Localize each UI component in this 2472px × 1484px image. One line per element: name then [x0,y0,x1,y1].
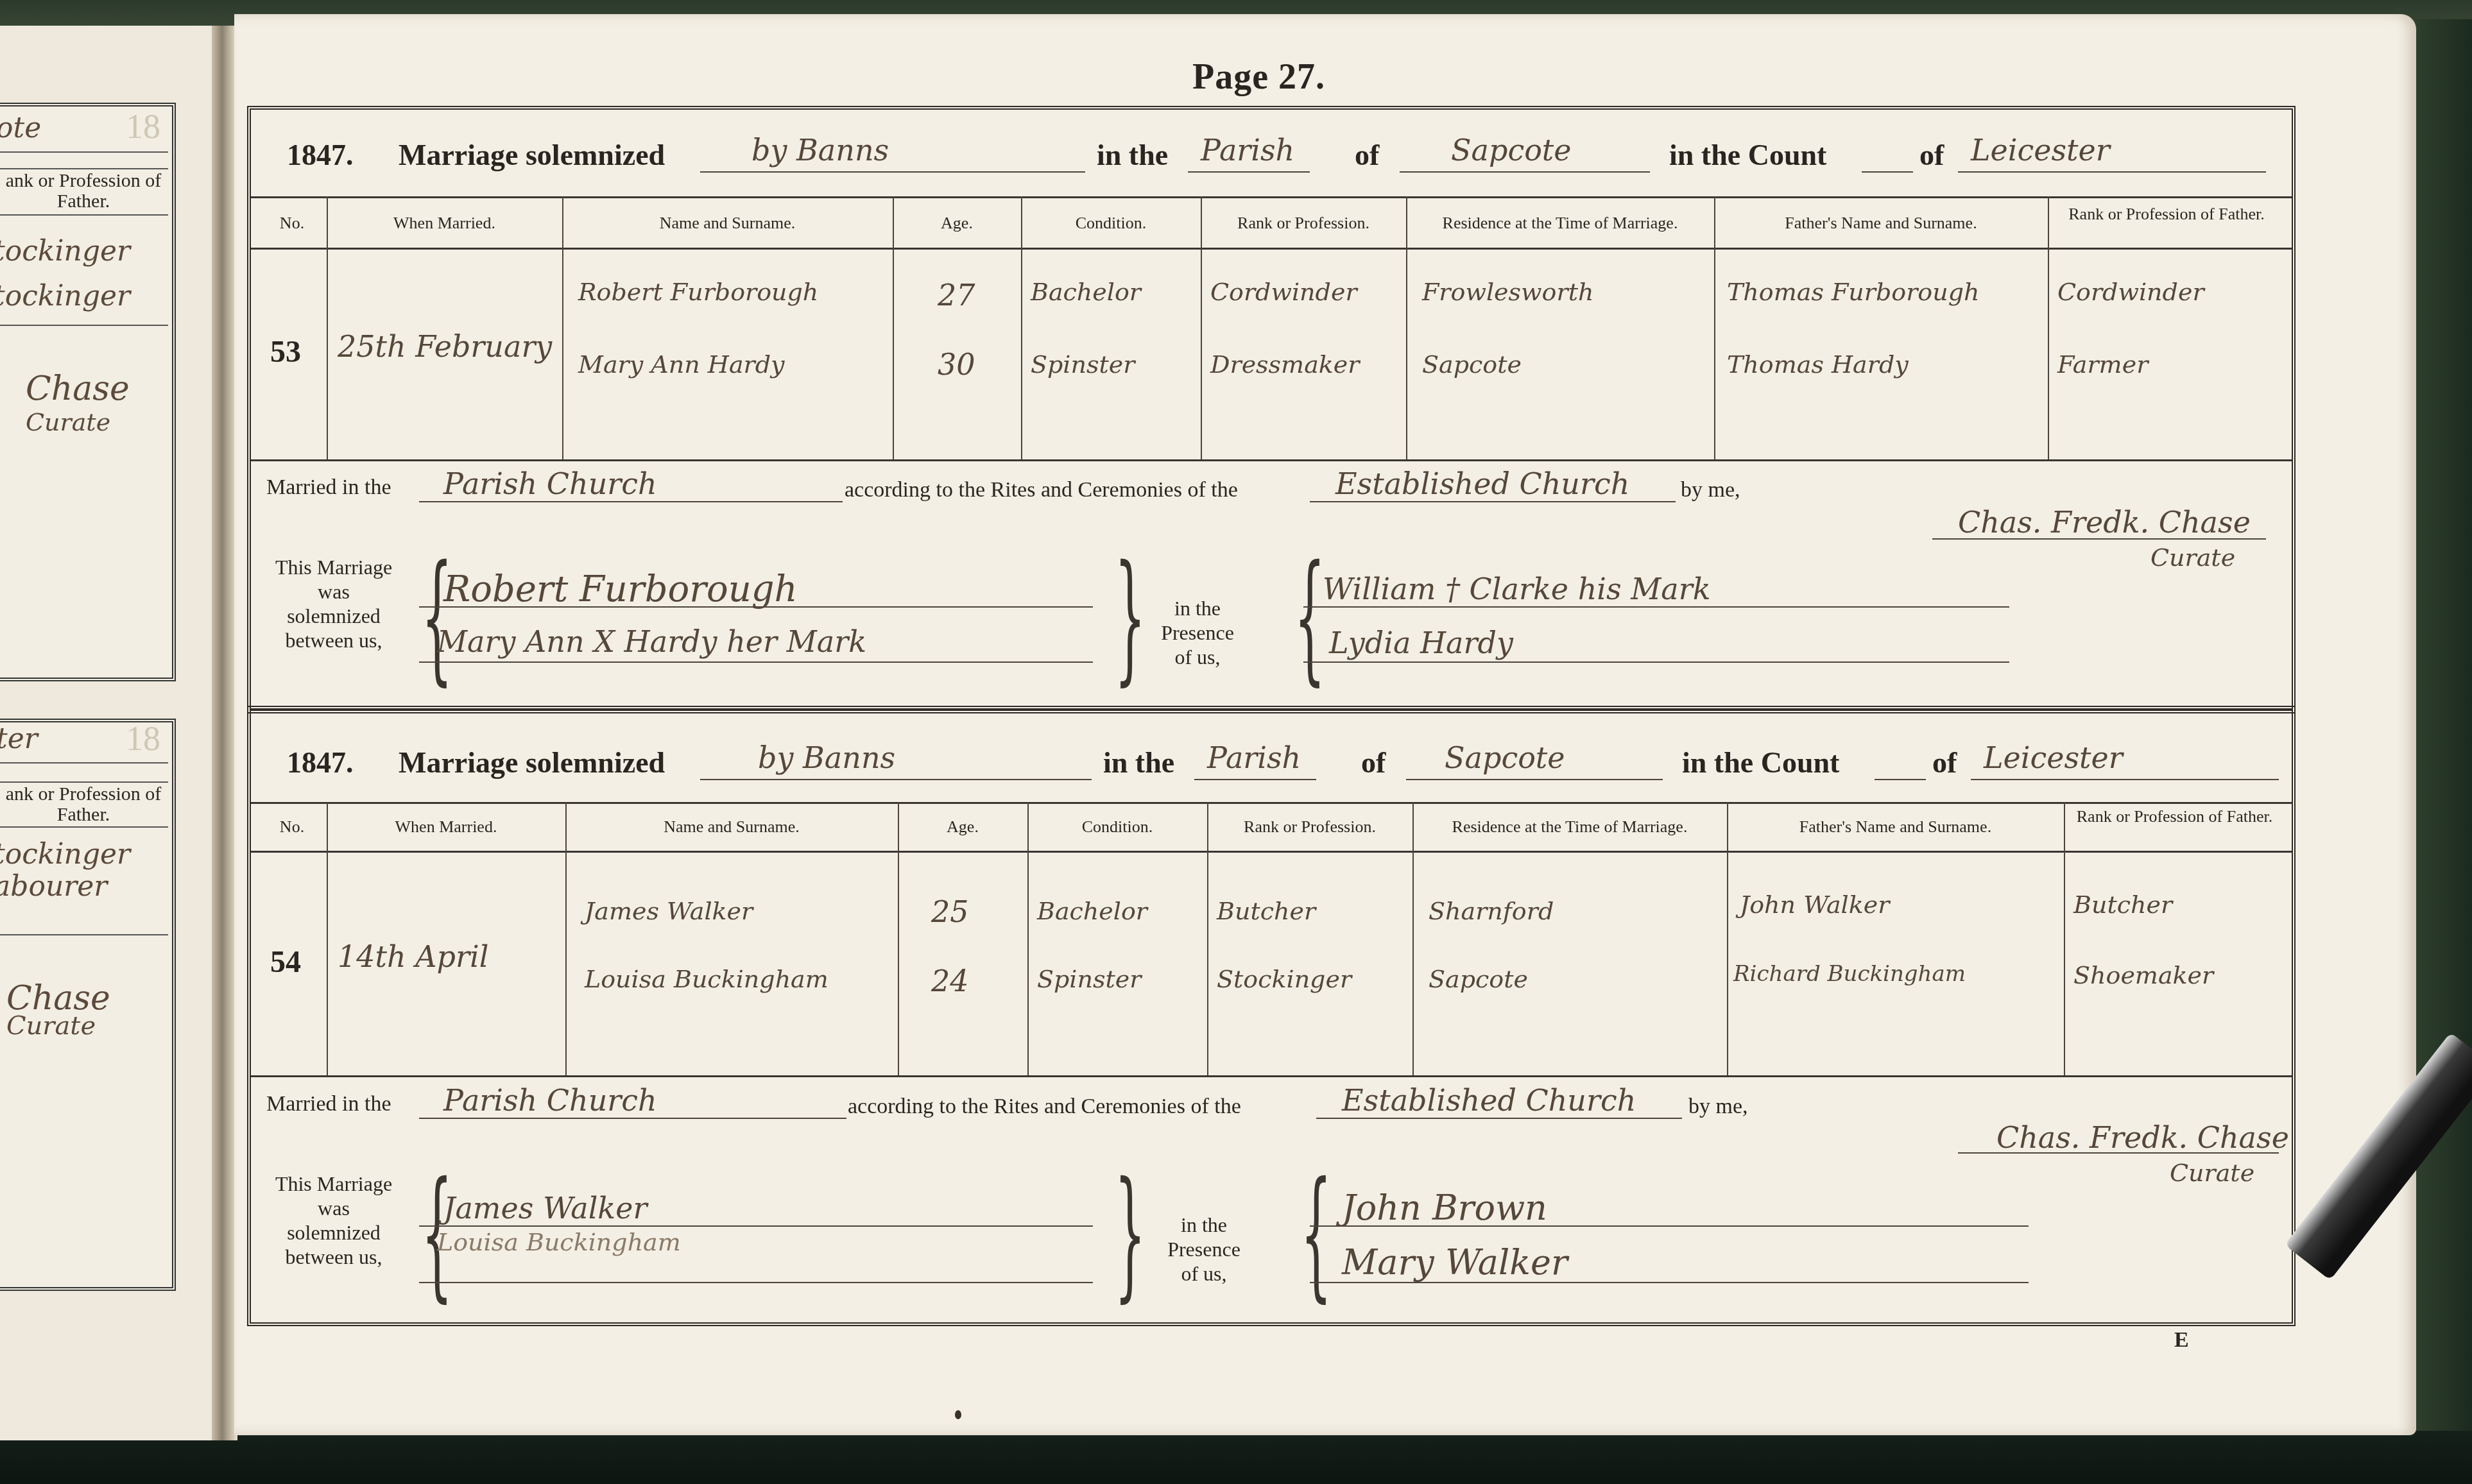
col-header-father-name: Father's Name and Surname. [1727,817,2064,837]
rule [0,826,168,828]
column-divider [1207,802,1208,1075]
column-divider [1027,802,1029,1075]
column-divider [565,802,567,1075]
entry-number: 54 [270,944,301,980]
bride-name: Louisa Buckingham [585,965,828,993]
witness-brace: { [1300,1169,1332,1297]
groom-age: 25 [931,894,969,929]
col-header-father-name: Father's Name and Surname. [1714,214,2048,233]
left-upper-father-rank-2: tockinger [0,280,130,312]
groom-name: James Walker [585,897,753,925]
rites-of: Established Church [1342,1083,1636,1118]
column-divider [1406,196,1407,459]
rule [0,214,168,216]
left-lower-father-rank-1: tockinger [0,838,130,871]
label-of: of [1361,746,1386,780]
groom-father-rank: Cordwinder [2057,278,2204,306]
rule [0,151,168,153]
witness-2: Lydia Hardy [1329,626,1513,660]
label-by-me: by me, [1688,1095,1748,1119]
bride-age: 30 [938,347,975,382]
bride-rank: Stockinger [1217,965,1352,993]
col-header-no: No. [257,817,327,837]
label-married-in-the: Married in the [266,475,391,500]
rule [419,661,1093,663]
col-header-rank: Rank or Profession. [1201,214,1406,233]
entry-number: 53 [270,334,301,370]
bride-father-name: Thomas Hardy [1727,350,1909,379]
col-header-name: Name and Surname. [565,817,898,837]
left-upper-officiant: Chase [26,370,130,408]
col-header-no: No. [257,214,327,233]
left-page-entry-lower: ter 18 ank or Profession of Father. tock… [0,719,176,1291]
col-header-condition: Condition. [1021,214,1201,233]
when-married: 25th February [338,329,552,364]
rule [1862,171,1913,173]
groom-father-rank: Butcher [2073,891,2172,919]
rule [419,1225,1093,1227]
solemnized-by: by Banns [758,740,895,775]
bride-condition: Spinster [1037,965,1141,993]
marriage-entry-53: 1847. Marriage solemnized by Banns in th… [247,106,2296,713]
column-divider [1021,196,1022,459]
label-of-county: of [1919,138,1944,172]
label-in-the: in the [1097,138,1168,172]
header-bottom-rule [251,851,2292,853]
label-marriage-solemnized: Marriage solemnized [399,138,665,172]
rule [1303,606,2009,608]
label-of-county: of [1932,746,1957,780]
groom-age: 27 [938,278,975,312]
col-header-residence: Residence at the Time of Marriage. [1406,214,1714,233]
column-divider [562,196,563,459]
place-type: Parish [1207,740,1301,775]
left-upper-father-rank-1: tockinger [0,235,130,268]
label-according-to: according to the Rites and Ceremonies of… [845,478,1238,502]
rule [0,934,168,935]
column-divider [327,196,328,459]
entry-year: 1847. [287,746,354,780]
left-upper-year-ghost: 18 [126,107,160,146]
left-lower-father-rank-2: abourer [0,870,107,903]
table-bottom-rule [251,459,2292,461]
marriage-entry-54: 1847. Marriage solemnized by Banns in th… [247,706,2296,1326]
party-signature-1: Robert Furborough [443,568,798,610]
rule [700,779,1092,780]
left-lower-year-ghost: 18 [126,719,160,758]
rule [1310,501,1676,502]
label-in-presence: in the Presence of us, [1149,1213,1258,1286]
col-header-age: Age. [893,214,1021,233]
left-upper-place-fragment: ote [0,112,41,144]
label-marriage-solemnized: Marriage solemnized [399,746,665,780]
bride-condition: Spinster [1031,350,1135,379]
page-number: Page 27. [1192,56,1325,98]
solemnized-by: by Banns [751,133,889,167]
rule [0,781,168,783]
column-divider [893,196,894,459]
bride-residence: Sapcote [1422,350,1522,379]
bride-father-name: Richard Buckingham [1733,961,1966,987]
header-bottom-rule [251,248,2292,250]
left-upper-officiant-title: Curate [26,408,110,436]
bride-father-rank: Shoemaker [2073,961,2213,989]
column-divider [1412,802,1414,1075]
bride-rank: Dressmaker [1210,350,1360,379]
col-header-father-rank: Rank or Profession of Father. [2064,807,2285,826]
party-signature-2: Louisa Buckingham [437,1228,681,1256]
label-this-marriage: This Marriage was solemnized between us, [260,555,408,652]
rule [1958,171,2266,173]
right-brace: } [1114,552,1146,681]
place-type: Parish [1201,133,1294,167]
col-header-when-married: When Married. [327,214,562,233]
book-cover-edge [2413,19,2472,1431]
bride-father-rank: Farmer [2057,350,2148,379]
label-in-the-county: in the Count [1682,746,1839,780]
column-divider [2048,196,2049,459]
label-in-the-county: in the Count [1669,138,1826,172]
rule [419,1282,1093,1283]
col-header-rank: Rank or Profession. [1207,817,1412,837]
table-bottom-rule [251,1075,2292,1077]
table-top-rule [251,196,2292,198]
officiant-signature: Chas. Fredk. Chase [1958,505,2251,540]
bride-residence: Sapcote [1429,965,1528,993]
left-upper-column-header: ank or Profession of Father. [0,171,167,212]
book-binding-bottom [0,1431,2472,1484]
married-in: Parish Church [443,466,657,501]
officiant-signature: Chas. Fredk. Chase [1996,1120,2289,1155]
rule [1400,171,1650,173]
col-header-name: Name and Surname. [562,214,893,233]
right-brace: } [1114,1169,1146,1297]
rule [0,325,168,326]
label-in-presence: in the Presence of us, [1143,596,1252,669]
book-gutter [212,26,237,1440]
left-page-entry-upper: ote 18 ank or Profession of Father. tock… [0,103,176,681]
groom-condition: Bachelor [1037,897,1147,925]
left-page: ote 18 ank or Profession of Father. tock… [0,26,212,1440]
groom-rank: Cordwinder [1210,278,1357,306]
label-of: of [1355,138,1379,172]
label-by-me: by me, [1681,478,1740,502]
rule [700,171,1085,173]
table-top-rule [251,802,2292,804]
col-header-residence: Residence at the Time of Marriage. [1412,817,1727,837]
col-header-when-married: When Married. [327,817,565,837]
rites-of: Established Church [1335,466,1629,501]
rule [1194,779,1316,780]
rule [0,168,168,169]
officiant-title: Curate [2150,543,2235,572]
column-divider [1727,802,1728,1075]
entry-year: 1847. [287,138,354,172]
left-lower-place-fragment: ter [0,722,38,755]
label-in-the: in the [1103,746,1174,780]
column-divider [2064,802,2065,1075]
col-header-father-rank: Rank or Profession of Father. [2048,205,2285,224]
label-according-to: according to the Rites and Ceremonies of… [848,1095,1241,1119]
witness-1: William † Clarke his Mark [1323,572,1711,606]
column-divider [1714,196,1715,459]
left-lower-column-header: ank or Profession of Father. [0,784,167,825]
married-in: Parish Church [443,1083,657,1118]
groom-father-name: John Walker [1740,891,1889,919]
county-name: Leicester [1984,740,2123,775]
party-signature-1: James Walker [443,1191,647,1225]
rule [1971,779,2279,780]
rule [1875,779,1926,780]
groom-condition: Bachelor [1031,278,1141,306]
county-name: Leicester [1971,133,2110,167]
page-mark-dot [955,1410,961,1419]
bride-age: 24 [931,964,969,998]
rule [1406,779,1663,780]
witness-1: John Brown [1342,1188,1547,1228]
rule [419,1118,846,1119]
groom-name: Robert Furborough [578,278,818,306]
place-name: Sapcote [1451,133,1572,167]
witness-2: Mary Walker [1342,1242,1568,1283]
rule [1188,171,1310,173]
label-married-in-the: Married in the [266,1092,391,1116]
groom-father-name: Thomas Furborough [1727,278,1980,306]
col-header-age: Age. [898,817,1027,837]
col-header-condition: Condition. [1027,817,1207,837]
bride-name: Mary Ann Hardy [578,350,785,379]
rule [419,501,843,502]
column-divider [898,802,899,1075]
place-name: Sapcote [1445,740,1565,775]
column-divider [1201,196,1202,459]
when-married: 14th April [338,939,488,974]
officiant-title: Curate [2170,1159,2254,1187]
column-divider [327,802,328,1075]
rule [1316,1118,1682,1119]
groom-rank: Butcher [1217,897,1316,925]
groom-residence: Frowlesworth [1422,278,1593,306]
label-this-marriage: This Marriage was solemnized between us, [260,1172,408,1269]
left-lower-officiant-title: Curate [6,1011,96,1041]
rule [1303,661,2009,663]
rule [0,762,168,763]
party-signature-2: Mary Ann X Hardy her Mark [437,624,866,659]
signature-mark: E [2174,1328,2189,1352]
groom-residence: Sharnford [1429,897,1554,925]
